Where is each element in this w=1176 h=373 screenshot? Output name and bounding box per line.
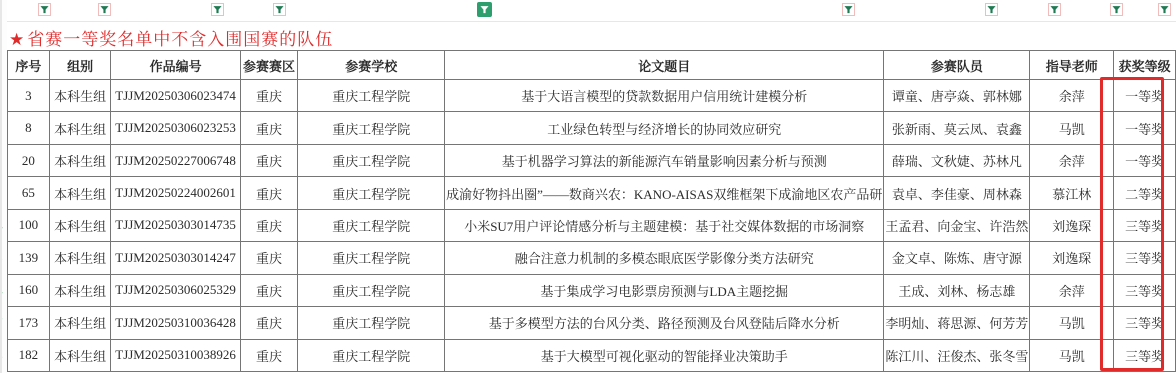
column-header-zb[interactable]: 组别	[49, 51, 111, 80]
column-header-xh[interactable]: 序号	[8, 51, 50, 80]
table-row: 160本科生组TJJM20250306025329重庆重庆工程学院基于集成学习电…	[8, 274, 1176, 306]
column-header-bh[interactable]: 作品编号	[111, 51, 240, 80]
cell-jd[interactable]: 三等奖	[1114, 307, 1176, 339]
cell-xh[interactable]: 100	[8, 209, 50, 241]
filter-dropdown-button[interactable]	[38, 3, 51, 16]
column-header-sq[interactable]: 参赛赛区	[240, 51, 298, 80]
cell-tm[interactable]: 基于集成学习电影票房预测与LDA主题挖掘	[445, 274, 884, 306]
cell-jd[interactable]: 二等奖	[1114, 177, 1176, 209]
cell-bh[interactable]: TJJM20250306023253	[111, 112, 240, 144]
cell-tm[interactable]: 基于机器学习算法的新能源汽车销量影响因素分析与预测	[445, 144, 884, 176]
cell-ls[interactable]: 马凯	[1030, 339, 1114, 371]
cell-ls[interactable]: 刘逸琛	[1030, 209, 1114, 241]
cell-xh[interactable]: 65	[8, 177, 50, 209]
cell-sq[interactable]: 重庆	[240, 80, 298, 112]
cell-zb[interactable]: 本科生组	[49, 80, 111, 112]
cell-xh[interactable]: 160	[8, 274, 50, 306]
cell-bh[interactable]: TJJM20250224002601	[111, 177, 240, 209]
cell-dy[interactable]: 王孟君、向金宝、许浩然	[884, 209, 1030, 241]
cell-ls[interactable]: 马凯	[1030, 112, 1114, 144]
table-body: 3本科生组TJJM20250306023474重庆重庆工程学院基于大语言模型的贷…	[8, 80, 1176, 372]
cell-ls[interactable]: 余萍	[1030, 144, 1114, 176]
funnel-icon	[275, 5, 284, 14]
cell-sq[interactable]: 重庆	[240, 209, 298, 241]
cell-xx[interactable]: 重庆工程学院	[298, 112, 445, 144]
cell-ls[interactable]: 余萍	[1030, 80, 1114, 112]
cell-bh[interactable]: TJJM20250303014247	[111, 242, 240, 274]
cell-zb[interactable]: 本科生组	[49, 274, 111, 306]
table-row: 173本科生组TJJM20250310036428重庆重庆工程学院基于多模型方法…	[8, 307, 1176, 339]
autofilter-row	[0, 0, 1176, 22]
filter-dropdown-button[interactable]	[98, 3, 111, 16]
funnel-icon	[100, 5, 109, 14]
active-filter-button[interactable]	[477, 2, 492, 17]
filter-dropdown-button[interactable]	[1110, 3, 1123, 16]
cell-tm[interactable]: 基于大模型可视化驱动的智能择业决策助手	[445, 339, 884, 371]
table-row: 8本科生组TJJM20250306023253重庆重庆工程学院工业绿色转型与经济…	[8, 112, 1176, 144]
gridline	[0, 21, 1176, 22]
cell-xx[interactable]: 重庆工程学院	[298, 307, 445, 339]
cell-bh[interactable]: TJJM20250310038926	[111, 339, 240, 371]
cell-xh[interactable]: 182	[8, 339, 50, 371]
cell-xx[interactable]: 重庆工程学院	[298, 339, 445, 371]
column-header-dy[interactable]: 参赛队员	[884, 51, 1030, 80]
star-icon: ★	[9, 30, 25, 49]
cell-bh[interactable]: TJJM20250303014735	[111, 209, 240, 241]
cell-xx[interactable]: 重庆工程学院	[298, 274, 445, 306]
cell-zb[interactable]: 本科生组	[49, 209, 111, 241]
clipped-row-marker: 8	[0, 250, 7, 266]
clipped-row-marker: 6	[0, 348, 7, 364]
spreadsheet-viewport: ★省赛一等奖名单中不含入围国赛的队伍 序号组别作品编号参赛赛区参赛学校论文题目参…	[0, 0, 1176, 373]
cell-jd[interactable]: 一等奖	[1114, 112, 1176, 144]
cell-zb[interactable]: 本科生组	[49, 177, 111, 209]
clipped-row-marker: 7	[0, 315, 7, 331]
funnel-icon	[1112, 5, 1121, 14]
cell-tm[interactable]: 基于多模型方法的台风分类、路径预测及台风登陆后降水分析	[445, 307, 884, 339]
cell-zb[interactable]: 本科生组	[49, 339, 111, 371]
funnel-icon	[213, 5, 222, 14]
cell-sq[interactable]: 重庆	[240, 339, 298, 371]
clipped-row-marker: 4	[0, 283, 7, 299]
cell-dy[interactable]: 李明灿、蒋思源、何芳芳	[884, 307, 1030, 339]
cell-ls[interactable]: 慕江林	[1030, 177, 1114, 209]
funnel-icon	[987, 5, 996, 14]
filter-dropdown-button[interactable]	[273, 3, 286, 16]
clipped-left-column: 48476	[0, 0, 7, 373]
cell-ls[interactable]: 马凯	[1030, 307, 1114, 339]
cell-xx[interactable]: 重庆工程学院	[298, 80, 445, 112]
cell-jd[interactable]: 一等奖	[1114, 144, 1176, 176]
cell-dy[interactable]: 薛瑞、文秋婕、苏林凡	[884, 144, 1030, 176]
cell-sq[interactable]: 重庆	[240, 144, 298, 176]
cell-tm[interactable]: 融合注意力机制的多模态眼底医学影像分类方法研究	[445, 242, 884, 274]
table-header-row: 序号组别作品编号参赛赛区参赛学校论文题目参赛队员指导老师获奖等级	[8, 51, 1176, 80]
cell-bh[interactable]: TJJM20250306025329	[111, 274, 240, 306]
cell-bh[interactable]: TJJM20250310036428	[111, 307, 240, 339]
cell-zb[interactable]: 本科生组	[49, 112, 111, 144]
cell-sq[interactable]: 重庆	[240, 112, 298, 144]
funnel-icon	[844, 5, 853, 14]
cell-xx[interactable]: 重庆工程学院	[298, 209, 445, 241]
cell-sq[interactable]: 重庆	[240, 307, 298, 339]
filter-dropdown-button[interactable]	[985, 3, 998, 16]
cell-tm[interactable]: 成渝好物抖出圈”——数商兴农：KANO-AISAS双维框架下成渝地区农产品研	[445, 177, 884, 209]
banner-title: ★省赛一等奖名单中不含入围国赛的队伍	[9, 25, 333, 50]
cell-jd[interactable]: 三等奖	[1114, 274, 1176, 306]
cell-xx[interactable]: 重庆工程学院	[298, 242, 445, 274]
table-row: 100本科生组TJJM20250303014735重庆重庆工程学院小米SU7用户…	[8, 209, 1176, 241]
filter-dropdown-button[interactable]	[211, 3, 224, 16]
cell-jd[interactable]: 一等奖	[1114, 80, 1176, 112]
cell-dy[interactable]: 张新雨、莫云凤、袁鑫	[884, 112, 1030, 144]
cell-dy[interactable]: 谭童、唐亭焱、郭林娜	[884, 80, 1030, 112]
cell-ls[interactable]: 刘逸琛	[1030, 242, 1114, 274]
funnel-icon	[1050, 5, 1059, 14]
table-row: 139本科生组TJJM20250303014247重庆重庆工程学院融合注意力机制…	[8, 242, 1176, 274]
cell-zb[interactable]: 本科生组	[49, 144, 111, 176]
column-header-ls[interactable]: 指导老师	[1030, 51, 1114, 80]
filter-dropdown-button[interactable]	[842, 3, 855, 16]
cell-zb[interactable]: 本科生组	[49, 307, 111, 339]
cell-dy[interactable]: 陈江川、汪俊杰、张冬雪	[884, 339, 1030, 371]
cell-xh[interactable]: 139	[8, 242, 50, 274]
banner-text: 省赛一等奖名单中不含入围国赛的队伍	[27, 30, 333, 49]
funnel-icon	[40, 5, 49, 14]
cell-dy[interactable]: 金文卓、陈炼、唐守源	[884, 242, 1030, 274]
cell-xh[interactable]: 173	[8, 307, 50, 339]
cell-xx[interactable]: 重庆工程学院	[298, 177, 445, 209]
cell-zb[interactable]: 本科生组	[49, 242, 111, 274]
cell-sq[interactable]: 重庆	[240, 274, 298, 306]
funnel-icon	[480, 5, 489, 14]
cell-tm[interactable]: 工业绿色转型与经济增长的协同效应研究	[445, 112, 884, 144]
funnel-icon	[1160, 5, 1169, 14]
column-header-xx[interactable]: 参赛学校	[298, 51, 445, 80]
cell-xh[interactable]: 3	[8, 80, 50, 112]
table-row: 65本科生组TJJM20250224002601重庆重庆工程学院成渝好物抖出圈”…	[8, 177, 1176, 209]
cell-ls[interactable]: 余萍	[1030, 274, 1114, 306]
column-header-tm[interactable]: 论文题目	[445, 51, 884, 80]
cell-xh[interactable]: 20	[8, 144, 50, 176]
cell-jd[interactable]: 三等奖	[1114, 242, 1176, 274]
cell-xx[interactable]: 重庆工程学院	[298, 144, 445, 176]
cell-dy[interactable]: 王成、刘林、杨志雄	[884, 274, 1030, 306]
cell-jd[interactable]: 三等奖	[1114, 209, 1176, 241]
filter-dropdown-button[interactable]	[1158, 3, 1171, 16]
table-row: 3本科生组TJJM20250306023474重庆重庆工程学院基于大语言模型的贷…	[8, 80, 1176, 112]
column-header-jd[interactable]: 获奖等级	[1114, 51, 1176, 80]
cell-jd[interactable]: 三等奖	[1114, 339, 1176, 371]
awards-table: 序号组别作品编号参赛赛区参赛学校论文题目参赛队员指导老师获奖等级 3本科生组TJ…	[7, 50, 1176, 372]
table-row: 182本科生组TJJM20250310038926重庆重庆工程学院基于大模型可视…	[8, 339, 1176, 371]
cell-sq[interactable]: 重庆	[240, 242, 298, 274]
cell-xh[interactable]: 8	[8, 112, 50, 144]
filter-dropdown-button[interactable]	[1048, 3, 1061, 16]
cell-bh[interactable]: TJJM20250306023474	[111, 80, 240, 112]
cell-tm[interactable]: 小米SU7用户评论情感分析与主题建模：基于社交媒体数据的市场洞察	[445, 209, 884, 241]
cell-bh[interactable]: TJJM20250227006748	[111, 144, 240, 176]
table-row: 20本科生组TJJM20250227006748重庆重庆工程学院基于机器学习算法…	[8, 144, 1176, 176]
cell-tm[interactable]: 基于大语言模型的贷款数据用户信用统计建模分析	[445, 80, 884, 112]
cell-sq[interactable]: 重庆	[240, 177, 298, 209]
cell-dy[interactable]: 袁卓、李佳豪、周林森	[884, 177, 1030, 209]
clipped-row-marker: 4	[0, 218, 7, 234]
